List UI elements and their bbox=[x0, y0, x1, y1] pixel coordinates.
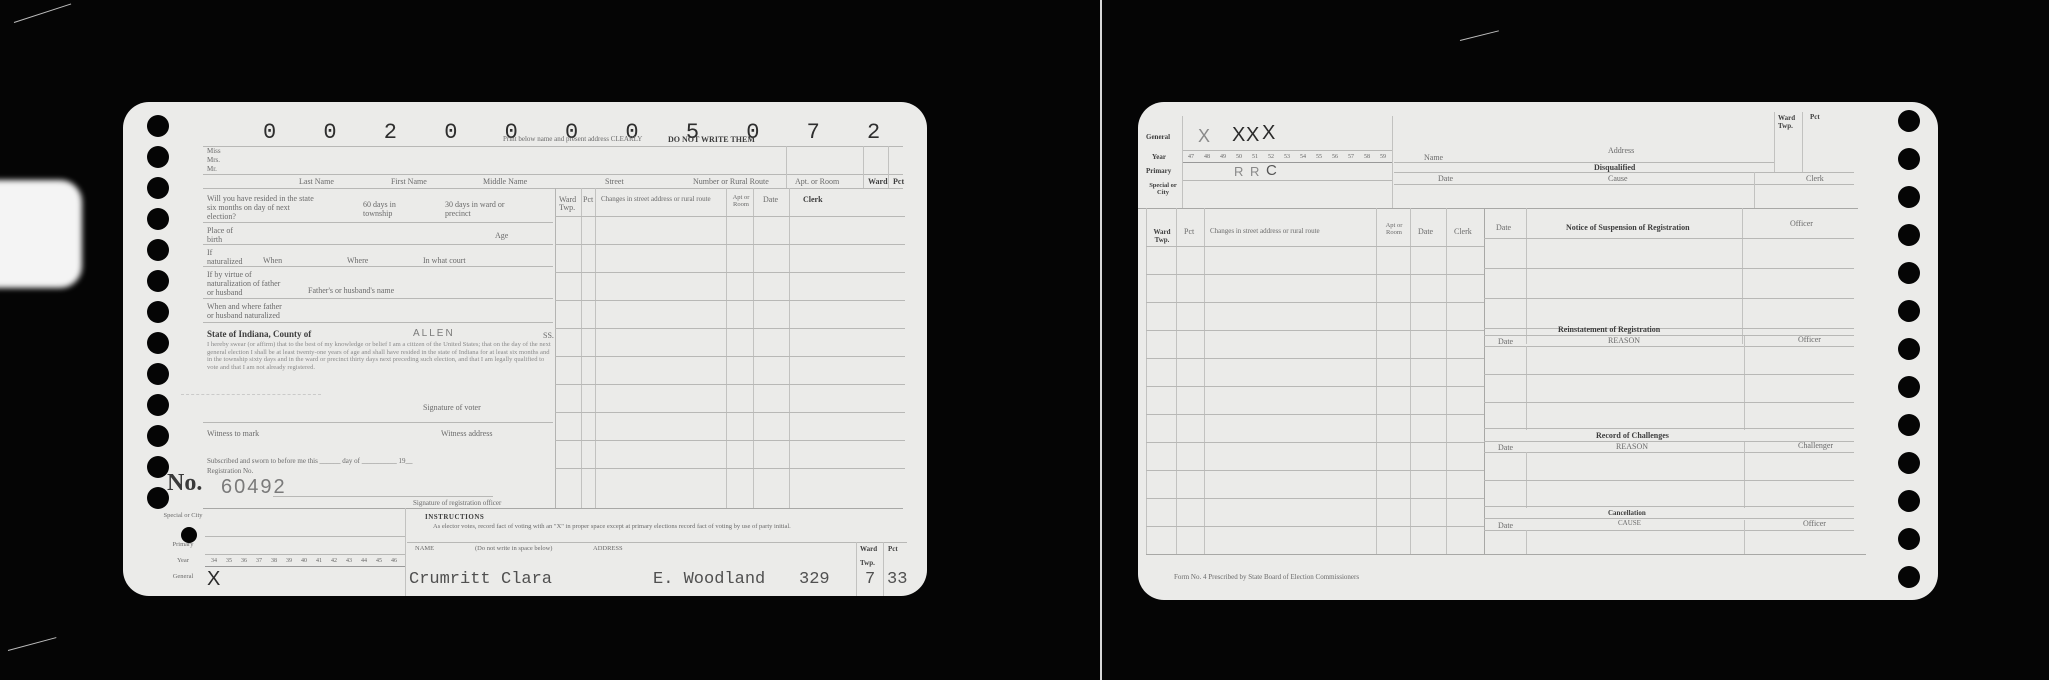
vote-row-year: Year bbox=[163, 558, 203, 565]
primary-vote-mark-52: C bbox=[1266, 162, 1277, 179]
officer-signature-label: Signature of registration officer bbox=[413, 500, 501, 507]
punch-hole bbox=[147, 177, 169, 199]
form-footer: Form No. 4 Prescribed by State Board of … bbox=[1174, 574, 1359, 581]
punch-hole bbox=[1898, 110, 1920, 132]
label-ward: Ward bbox=[860, 546, 877, 553]
year-cell: 52 bbox=[1264, 154, 1278, 160]
label-address: ADDRESS bbox=[593, 546, 623, 553]
year-cell: 39 bbox=[282, 558, 296, 564]
disq-date-label: Date bbox=[1438, 175, 1453, 183]
vote-row-general: General bbox=[163, 574, 203, 581]
cancellation-cause-label: CAUSE bbox=[1618, 520, 1641, 527]
year-cell: 59 bbox=[1376, 154, 1390, 160]
punch-hole bbox=[147, 208, 169, 230]
question-birth-place: Place of birth bbox=[207, 226, 247, 244]
year-cell: 58 bbox=[1360, 154, 1374, 160]
witness-name-label: Witness to mark bbox=[207, 430, 259, 438]
punch-hole bbox=[1898, 148, 1920, 170]
punch-hole bbox=[147, 456, 169, 478]
question-ward: 30 days in ward or precinct bbox=[445, 200, 525, 218]
suspension-officer-label: Officer bbox=[1790, 220, 1813, 228]
punch-hole bbox=[147, 301, 169, 323]
registration-card-front: 0 0 2 0 0 0 0 5 0 7 2 Print below name a… bbox=[123, 102, 927, 596]
year-cell: 50 bbox=[1232, 154, 1246, 160]
registration-prefix: No. bbox=[167, 470, 202, 497]
punch-hole bbox=[147, 239, 169, 261]
punch-hole bbox=[1898, 452, 1920, 474]
question-father-naturalized: When and where father or husband natural… bbox=[207, 302, 287, 320]
year-cell: 34 bbox=[207, 558, 221, 564]
general-vote-mark-52: X bbox=[1262, 122, 1275, 145]
back-vote-row-year: Year bbox=[1152, 154, 1166, 161]
back-vote-row-general: General bbox=[1146, 134, 1170, 141]
punch-hole bbox=[1898, 300, 1920, 322]
cancellation-officer-label: Officer bbox=[1803, 520, 1826, 528]
challenges-reason-label: REASON bbox=[1616, 443, 1648, 451]
punch-hole bbox=[1898, 338, 1920, 360]
witness-address-label: Witness address bbox=[441, 430, 492, 438]
question-age: Age bbox=[495, 232, 508, 240]
primary-vote-mark-50: R bbox=[1234, 164, 1243, 179]
question-township: 60 days in township bbox=[363, 200, 423, 218]
back-changes-header-pct: Pct bbox=[1184, 228, 1194, 236]
punch-hole bbox=[1898, 528, 1920, 550]
instructions-title: INSTRUCTIONS bbox=[425, 514, 484, 521]
punch-hole bbox=[1898, 566, 1920, 588]
year-cell: 47 bbox=[1184, 154, 1198, 160]
question-where: Where bbox=[347, 257, 368, 265]
general-vote-mark-51: X bbox=[1246, 124, 1259, 147]
frame-divider bbox=[1100, 0, 1102, 680]
question-fathers-name: Father's or husband's name bbox=[308, 287, 394, 295]
suspension-date-label: Date bbox=[1496, 224, 1511, 232]
changes-header-clerk: Clerk bbox=[803, 196, 823, 204]
label-middle-name: Middle Name bbox=[483, 178, 527, 186]
back-vote-row-primary: Primary bbox=[1146, 168, 1171, 175]
film-scratch bbox=[14, 3, 71, 22]
label-street: Street bbox=[605, 178, 624, 186]
challenges-title: Record of Challenges bbox=[1596, 432, 1669, 440]
salutation-mrs: Mrs. bbox=[207, 157, 220, 164]
typed-pct: 33 bbox=[887, 570, 907, 589]
punch-hole bbox=[147, 115, 169, 137]
question-residence: Will you have resided in the state six m… bbox=[207, 194, 317, 221]
typed-address: E. Woodland bbox=[653, 570, 765, 589]
label-number: Number or Rural Route bbox=[693, 178, 769, 186]
header-instruction: Print below name and present address CLE… bbox=[503, 136, 642, 143]
oath-county: ALLEN bbox=[413, 328, 455, 339]
question-when: When bbox=[263, 257, 282, 265]
punch-hole bbox=[1898, 490, 1920, 512]
year-cell: 41 bbox=[312, 558, 326, 564]
back-vote-row-special: Special or City bbox=[1146, 182, 1180, 196]
back-changes-header-address: Changes in street address or rural route bbox=[1210, 228, 1320, 235]
year-cell: 45 bbox=[372, 558, 386, 564]
punch-hole bbox=[1898, 186, 1920, 208]
year-cell: 57 bbox=[1344, 154, 1358, 160]
film-glare bbox=[0, 180, 82, 288]
changes-header-date: Date bbox=[763, 196, 778, 204]
typed-last-name: Crumritt bbox=[409, 570, 491, 589]
year-cell: 49 bbox=[1216, 154, 1230, 160]
cancellation-date-label: Date bbox=[1498, 522, 1513, 530]
label-last-name: Last Name bbox=[299, 178, 334, 186]
punch-hole bbox=[147, 332, 169, 354]
back-changes-header-clerk: Clerk bbox=[1454, 228, 1472, 236]
reinstatement-officer-label: Officer bbox=[1798, 336, 1821, 344]
punch-hole bbox=[147, 394, 169, 416]
punch-hole bbox=[147, 146, 169, 168]
disq-name-label: Name bbox=[1424, 154, 1443, 162]
oath-state-line: State of Indiana, County of bbox=[207, 330, 311, 339]
label-pct: Pct bbox=[893, 178, 904, 186]
year-cell: 54 bbox=[1296, 154, 1310, 160]
reinstatement-date-label: Date bbox=[1498, 338, 1513, 346]
changes-header-apt: Apt or Room bbox=[729, 194, 753, 208]
punch-hole bbox=[147, 363, 169, 385]
typed-first-name: Clara bbox=[501, 570, 552, 589]
year-cell: 35 bbox=[222, 558, 236, 564]
typed-number: 329 bbox=[799, 570, 830, 589]
label-do-not-write: (Do not write in space below) bbox=[475, 546, 552, 553]
question-naturalized: If naturalized bbox=[207, 248, 247, 266]
label-pct: Pct bbox=[888, 546, 898, 553]
year-cell: 56 bbox=[1328, 154, 1342, 160]
year-cell: 55 bbox=[1312, 154, 1326, 160]
film-scratch bbox=[8, 637, 57, 651]
label-name: NAME bbox=[415, 546, 434, 553]
changes-header-ward: Ward Twp. bbox=[559, 196, 581, 212]
reinstatement-reason-label: REASON bbox=[1608, 337, 1640, 345]
changes-header-address: Changes in street address or rural route bbox=[601, 196, 711, 203]
punch-hole bbox=[147, 425, 169, 447]
registration-card-back: General Year Primary Special or City 47 … bbox=[1138, 102, 1938, 600]
punch-hole bbox=[1898, 414, 1920, 436]
label-first-name: First Name bbox=[391, 178, 427, 186]
year-cell: 53 bbox=[1280, 154, 1294, 160]
year-cell: 38 bbox=[267, 558, 281, 564]
general-vote-mark-50: X bbox=[1232, 124, 1245, 147]
primary-vote-mark-51: R bbox=[1250, 164, 1259, 179]
general-vote-mark: X bbox=[207, 568, 220, 591]
subscribed-line: Subscribed and sworn to before me this _… bbox=[207, 458, 413, 465]
cancellation-title: Cancellation bbox=[1608, 510, 1646, 517]
disq-address-label: Address bbox=[1608, 147, 1634, 155]
voter-signature-label: Signature of voter bbox=[423, 404, 481, 412]
back-changes-header-apt: Apt or Room bbox=[1378, 222, 1410, 236]
punch-hole bbox=[1898, 224, 1920, 246]
disq-pct-label: Pct bbox=[1810, 114, 1820, 121]
oath-body: I hereby swear (or affirm) that to the b… bbox=[207, 341, 552, 371]
label-twp: Twp. bbox=[860, 560, 875, 567]
question-what-court: In what court bbox=[423, 257, 466, 265]
year-cell: 37 bbox=[252, 558, 266, 564]
film-scratch bbox=[1460, 30, 1499, 41]
disq-title: Disqualified bbox=[1594, 164, 1635, 172]
punch-hole bbox=[1898, 376, 1920, 398]
vote-row-primary: Primary bbox=[163, 542, 203, 549]
year-cell: 51 bbox=[1248, 154, 1262, 160]
disq-cause-label: Cause bbox=[1608, 175, 1628, 183]
year-cell: 43 bbox=[342, 558, 356, 564]
disq-clerk-label: Clerk bbox=[1806, 175, 1824, 183]
general-vote-mark-48: X bbox=[1198, 126, 1210, 147]
year-cell: 36 bbox=[237, 558, 251, 564]
year-cell: 48 bbox=[1200, 154, 1214, 160]
back-changes-header-date: Date bbox=[1418, 228, 1433, 236]
header-warning: DO NOT WRITE THEM bbox=[668, 136, 755, 144]
suspension-title: Notice of Suspension of Registration bbox=[1566, 224, 1690, 232]
reinstatement-title: Reinstatement of Registration bbox=[1558, 326, 1660, 334]
instructions-text: As elector votes, record fact of voting … bbox=[433, 523, 863, 531]
changes-header-pct: Pct bbox=[583, 196, 593, 204]
challenges-date-label: Date bbox=[1498, 444, 1513, 452]
question-by-virtue: If by virtue of naturalization of father… bbox=[207, 270, 287, 297]
oath-ss: SS. bbox=[543, 332, 554, 340]
label-ward: Ward bbox=[868, 178, 888, 186]
punch-hole bbox=[147, 270, 169, 292]
vote-row-special: Special or City bbox=[163, 512, 203, 519]
label-apt: Apt. or Room bbox=[795, 178, 839, 186]
year-cell: 40 bbox=[297, 558, 311, 564]
salutation-miss: Miss bbox=[207, 148, 221, 155]
voter-signature-scrawl bbox=[181, 380, 321, 395]
salutation-mr: Mr. bbox=[207, 166, 217, 173]
registration-label: Registration No. bbox=[207, 468, 253, 475]
year-cell: 44 bbox=[357, 558, 371, 564]
challenges-challenger-label: Challenger bbox=[1798, 442, 1833, 450]
back-changes-header-ward: Ward Twp. bbox=[1150, 228, 1174, 244]
punch-hole bbox=[147, 487, 169, 509]
year-cell: 46 bbox=[387, 558, 401, 564]
year-cell: 42 bbox=[327, 558, 341, 564]
typed-ward: 7 bbox=[865, 570, 875, 589]
disq-ward-label: Ward Twp. bbox=[1778, 114, 1800, 130]
punch-hole bbox=[1898, 262, 1920, 284]
